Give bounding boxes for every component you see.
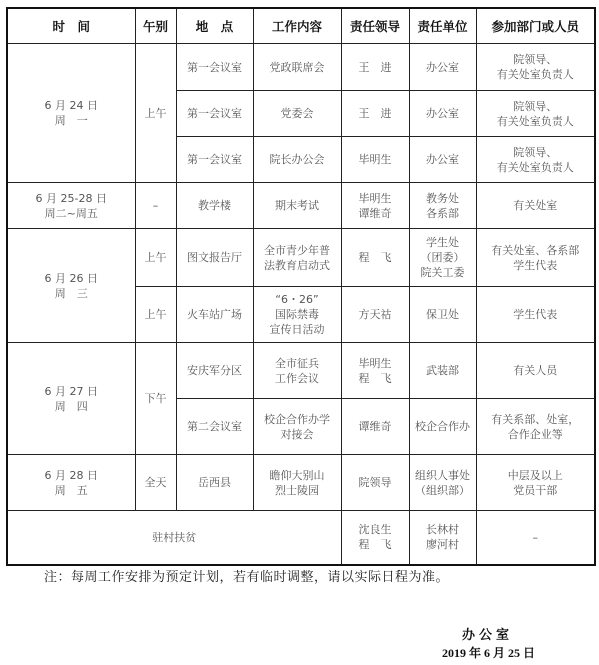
content-line: 瞻仰大别山	[256, 468, 339, 483]
weekday-text: 周 五	[10, 483, 133, 498]
participants-line: 学生代表	[479, 258, 593, 273]
date-cell: 6 月 27 日 周 四	[7, 343, 135, 455]
participants-line: 有关系部、处室，	[479, 412, 593, 427]
participants-cell: 院领导、 有关处室负责人	[476, 91, 595, 137]
content-line: 工作会议	[256, 371, 339, 386]
content-cell: 院长办公会	[253, 137, 341, 183]
period-cell: 上午	[135, 229, 176, 287]
participants-cell: 学生代表	[476, 287, 595, 343]
unit-cell: 武装部	[409, 343, 476, 399]
participants-cell: –	[476, 511, 595, 565]
table-row: 6 月 24 日 周 一 上午 第一会议室 党政联席会 王 进 办公室 院领导、…	[7, 44, 595, 91]
content-cell: 期末考试	[253, 183, 341, 229]
content-cell: 全市青少年普 法教育启动式	[253, 229, 341, 287]
period-cell: 上午	[135, 44, 176, 183]
participants-cell: 院领导、 有关处室负责人	[476, 137, 595, 183]
participants-line: 院领导、	[479, 52, 593, 67]
content-line: 宣传日活动	[256, 322, 339, 337]
leader-cell: 程 飞	[341, 229, 409, 287]
participants-line: 中层及以上	[479, 468, 593, 483]
unit-cell: 保卫处	[409, 287, 476, 343]
content-cell: 党委会	[253, 91, 341, 137]
unit-cell: 学生处 （团委） 院关工委	[409, 229, 476, 287]
unit-cell: 校企合作办	[409, 399, 476, 455]
date-text: 6 月 28 日	[10, 468, 133, 483]
content-cell: 瞻仰大别山 烈士陵园	[253, 455, 341, 511]
participants-line: 有关处室、各系部	[479, 243, 593, 258]
date-text: 6 月 24 日	[10, 98, 133, 113]
weekday-text: 周 一	[10, 113, 133, 128]
table-row: 6 月 28 日 周 五 全天 岳西县 瞻仰大别山 烈士陵园 院领导 组织人事处…	[7, 455, 595, 511]
schedule-note: 注：每周工作安排为预定计划，若有临时调整，请以实际日程为准。	[44, 566, 449, 585]
unit-line: （组织部）	[412, 483, 474, 498]
date-text: 6 月 27 日	[10, 384, 133, 399]
leader-cell: 王 进	[341, 91, 409, 137]
leader-line: 谭维奇	[344, 206, 407, 221]
content-cell: 全市征兵 工作会议	[253, 343, 341, 399]
unit-cell: 办公室	[409, 137, 476, 183]
header-row: 时 间 午别 地 点 工作内容 责任领导 责任单位 参加部门或人员	[7, 8, 595, 44]
leader-cell: 院领导	[341, 455, 409, 511]
participants-cell: 有关系部、处室， 合作企业等	[476, 399, 595, 455]
participants-cell: 中层及以上 党员干部	[476, 455, 595, 511]
leader-cell: 毕明生	[341, 137, 409, 183]
content-line: 法教育启动式	[256, 258, 339, 273]
location-cell: 安庆军分区	[176, 343, 253, 399]
unit-line: 组织人事处	[412, 468, 474, 483]
content-line: 全市征兵	[256, 356, 339, 371]
table-row: 驻村扶贫 沈良生 程 飞 长林村 廖河村 –	[7, 511, 595, 565]
date-cell: 6 月 26 日 周 三	[7, 229, 135, 343]
header-time: 时 间	[7, 8, 135, 44]
table-row: 6 月 26 日 周 三 上午 图文报告厅 全市青少年普 法教育启动式 程 飞 …	[7, 229, 595, 287]
leader-line: 程 飞	[344, 537, 407, 552]
date-text: 6 月 26 日	[10, 271, 133, 286]
issue-date: 2019 年 6 月 25 日	[442, 644, 535, 661]
unit-line: 学生处	[412, 235, 474, 250]
participants-line: 合作企业等	[479, 427, 593, 442]
content-line: 国际禁毒	[256, 307, 339, 322]
leader-line: 沈良生	[344, 522, 407, 537]
header-content: 工作内容	[253, 8, 341, 44]
unit-cell: 办公室	[409, 91, 476, 137]
weekday-text: 周 三	[10, 286, 133, 301]
content-line: 对接会	[256, 427, 339, 442]
location-cell: 第一会议室	[176, 137, 253, 183]
leader-line: 毕明生	[344, 356, 407, 371]
period-cell: –	[135, 183, 176, 229]
header-leader: 责任领导	[341, 8, 409, 44]
period-cell: 全天	[135, 455, 176, 511]
village-task-cell: 驻村扶贫	[7, 511, 341, 565]
table-row: 6 月 25-28 日 周二~周五 – 教学楼 期末考试 毕明生 谭维奇 教务处…	[7, 183, 595, 229]
period-cell: 上午	[135, 287, 176, 343]
date-cell: 6 月 28 日 周 五	[7, 455, 135, 511]
date-text: 6 月 25-28 日	[10, 191, 133, 206]
content-line: 烈士陵园	[256, 483, 339, 498]
unit-cell: 长林村 廖河村	[409, 511, 476, 565]
content-cell: 校企合作办学 对接会	[253, 399, 341, 455]
unit-line: 廖河村	[412, 537, 474, 552]
weekday-text: 周 四	[10, 399, 133, 414]
participants-line: 党员干部	[479, 483, 593, 498]
leader-line: 程 飞	[344, 371, 407, 386]
participants-cell: 有关处室、各系部 学生代表	[476, 229, 595, 287]
leader-cell: 谭维奇	[341, 399, 409, 455]
unit-cell: 教务处 各系部	[409, 183, 476, 229]
unit-cell: 组织人事处 （组织部）	[409, 455, 476, 511]
period-cell: 下午	[135, 343, 176, 455]
location-cell: 第一会议室	[176, 44, 253, 91]
leader-cell: 方天祜	[341, 287, 409, 343]
date-cell: 6 月 24 日 周 一	[7, 44, 135, 183]
table-row: 6 月 27 日 周 四 下午 安庆军分区 全市征兵 工作会议 毕明生 程 飞 …	[7, 343, 595, 399]
header-period: 午别	[135, 8, 176, 44]
location-cell: 第一会议室	[176, 91, 253, 137]
weekly-schedule-table: 时 间 午别 地 点 工作内容 责任领导 责任单位 参加部门或人员 6 月 24…	[6, 7, 596, 566]
location-cell: 火车站广场	[176, 287, 253, 343]
date-cell: 6 月 25-28 日 周二~周五	[7, 183, 135, 229]
weekday-text: 周二~周五	[10, 206, 133, 221]
participants-line: 有关处室负责人	[479, 114, 593, 129]
leader-cell: 毕明生 谭维奇	[341, 183, 409, 229]
participants-cell: 有关人员	[476, 343, 595, 399]
participants-line: 有关处室负责人	[479, 160, 593, 175]
content-cell: 党政联席会	[253, 44, 341, 91]
header-participants: 参加部门或人员	[476, 8, 595, 44]
unit-line: 各系部	[412, 206, 474, 221]
issuer-office: 办公室	[462, 624, 513, 643]
participants-cell: 有关处室	[476, 183, 595, 229]
leader-cell: 毕明生 程 飞	[341, 343, 409, 399]
location-cell: 图文报告厅	[176, 229, 253, 287]
unit-line: 教务处	[412, 191, 474, 206]
content-line: 全市青少年普	[256, 243, 339, 258]
content-line: “6・26”	[256, 292, 339, 307]
participants-line: 有关处室负责人	[479, 67, 593, 82]
location-cell: 第二会议室	[176, 399, 253, 455]
participants-cell: 院领导、 有关处室负责人	[476, 44, 595, 91]
leader-cell: 沈良生 程 飞	[341, 511, 409, 565]
content-line: 校企合作办学	[256, 412, 339, 427]
unit-line: 长林村	[412, 522, 474, 537]
participants-line: 院领导、	[479, 99, 593, 114]
location-cell: 教学楼	[176, 183, 253, 229]
content-cell: “6・26” 国际禁毒 宣传日活动	[253, 287, 341, 343]
unit-line: （团委）	[412, 250, 474, 265]
header-location: 地 点	[176, 8, 253, 44]
leader-line: 毕明生	[344, 191, 407, 206]
unit-line: 院关工委	[412, 265, 474, 280]
unit-cell: 办公室	[409, 44, 476, 91]
leader-cell: 王 进	[341, 44, 409, 91]
header-unit: 责任单位	[409, 8, 476, 44]
participants-line: 院领导、	[479, 145, 593, 160]
location-cell: 岳西县	[176, 455, 253, 511]
